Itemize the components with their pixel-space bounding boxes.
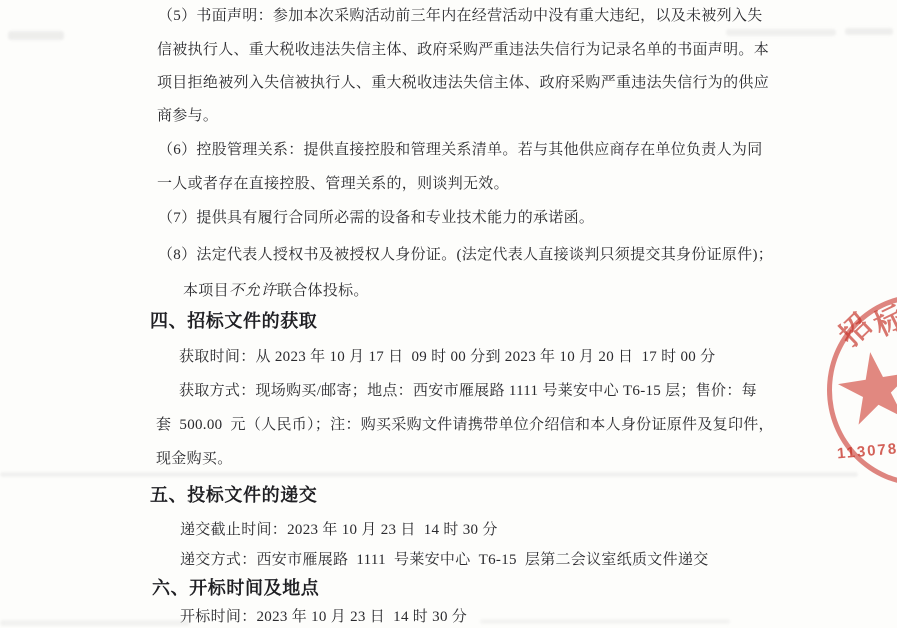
scan-smudge-top-right-1 — [726, 29, 836, 36]
clause-5-line-3: 项目拒绝被列入失信被执行人、重大税收违法失信主体、政府采购严重违法失信行为的供应 — [157, 74, 769, 92]
bid-opening-time-line: 开标时间：2023 年 10 月 23 日 14 时 30 分 — [180, 608, 467, 626]
clause-5-line-2: 信被执行人、重大税收违法失信主体、政府采购严重违法失信行为记录名单的书面声明。本 — [157, 41, 769, 59]
clause-6-line-2: 一人或者存在直接控股、管理关系的，则谈判无效。 — [157, 175, 509, 193]
submission-deadline-line: 递交截止时间：2023 年 10 月 23 日 14 时 30 分 — [180, 521, 498, 539]
submission-method-line: 递交方式：西安市雁展路 1111 号莱安中心 T6-15 层第二会议室纸质文件递… — [180, 551, 709, 569]
acquisition-method-line-2: 套 500.00 元（人民币）；注：购买采购文件请携带单位介绍信和本人身份证原件… — [156, 416, 774, 434]
acquisition-method-line-1: 获取方式：现场购买/邮寄；地点：西安市雁展路 1111 号莱安中心 T6-15 … — [179, 382, 757, 400]
no-consortium-prefix: 本项目 — [183, 283, 229, 299]
acquisition-method-line-3: 现金购买。 — [156, 450, 233, 468]
no-consortium-line: 本项目不允许联合体投标。 — [183, 282, 369, 300]
clause-5-line-1: （5）书面声明：参加本次采购活动前三年内在经营活动中没有重大违纪，以及未被列入失 — [158, 7, 763, 25]
scan-smudge-top-left — [8, 31, 64, 40]
scan-smudge-bottom-1 — [0, 620, 190, 626]
section-6-heading: 六、开标时间及地点 — [152, 578, 319, 599]
scan-smudge-bottom-2 — [480, 619, 730, 624]
no-consortium-suffix: 联合体投标。 — [277, 283, 369, 299]
section-5-heading: 五、投标文件的递交 — [150, 485, 317, 506]
clause-5-line-4: 商参与。 — [157, 107, 218, 125]
section-4-heading: 四、招标文件的获取 — [150, 311, 317, 332]
scanned-bid-document-page: { "document": { "clause5": { "l1": "（5）书… — [0, 0, 897, 628]
no-consortium-emphasis: 不允许 — [229, 283, 277, 299]
clause-8-line: （8）法定代表人授权书及被授权人身份证。(法定代表人直接谈判只须提交其身份证原件… — [158, 246, 773, 264]
bid-stamp: 招 标 专 ★ 11307887 — [827, 294, 897, 486]
stamp-star-icon: ★ — [826, 335, 897, 443]
scan-seam-line — [0, 472, 858, 477]
clause-6-line-1: （6）控股管理关系：提供直接控股和管理关系清单。若与其他供应商存在单位负责人为同 — [158, 141, 763, 159]
scan-smudge-top-right-2 — [845, 28, 893, 35]
clause-7-line: （7）提供具有履行合同所必需的设备和专业技术能力的承诺函。 — [158, 209, 594, 227]
acquisition-time-line: 获取时间：从 2023 年 10 月 17 日 09 时 00 分到 2023 … — [179, 348, 715, 366]
